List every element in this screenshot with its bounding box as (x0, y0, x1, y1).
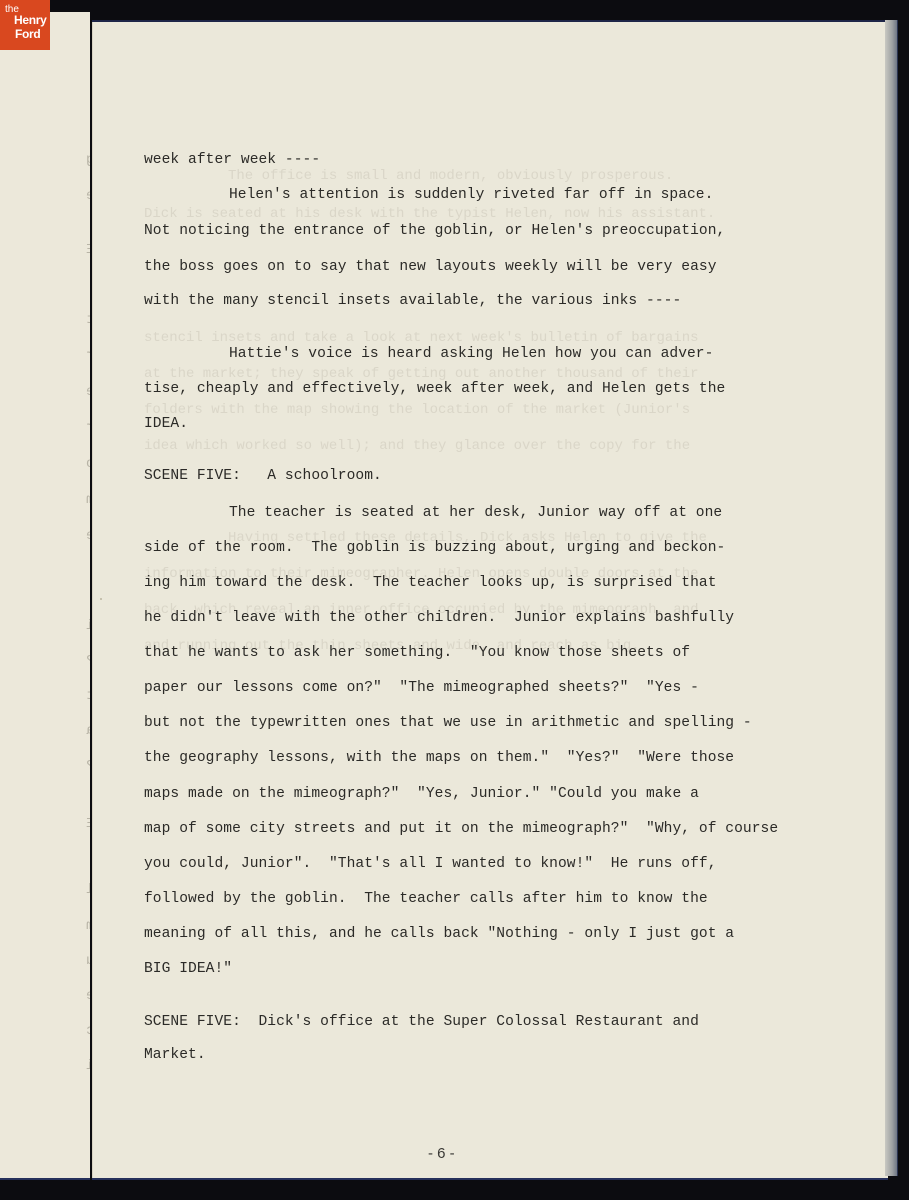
mirrored-text-fragment: colou (86, 953, 90, 969)
text-line: the geography lessons, with the maps on … (144, 749, 734, 767)
bleed-through-text: folders with the map showing the locatio… (144, 402, 690, 418)
henry-ford-logo: the Henry Ford (0, 0, 50, 50)
text-line: but not the typewritten ones that we use… (144, 714, 752, 732)
text-line: Hattie's voice is heard asking Helen how… (229, 345, 713, 363)
paper-speck (100, 598, 102, 600)
mirrored-text-fragment: limi (86, 1058, 90, 1074)
mirrored-text-fragment: The g (86, 152, 90, 168)
text-line: IDEA. (144, 415, 188, 433)
text-line: Not noticing the entrance of the goblin,… (144, 222, 725, 240)
text-line: Helen's attention is suddenly riveted fa… (229, 186, 713, 204)
text-line: paper our lessons come on?" "The mimeogr… (144, 679, 699, 697)
text-line: that he wants to ask her something. "You… (144, 644, 690, 662)
mirrored-text-fragment: is c (86, 1023, 90, 1039)
mirrored-text-fragment: The (86, 988, 90, 1004)
mirrored-text-fragment: that (86, 312, 90, 328)
mirrored-text-fragment: order (86, 420, 90, 436)
text-line: with the many stencil insets available, … (144, 292, 681, 310)
mirrored-text-fragment: signe (86, 384, 90, 400)
text-line: you could, Junior". "That's all I wanted… (144, 855, 717, 873)
text-line: meaning of all this, and he calls back "… (144, 925, 734, 943)
bleed-through-text: idea which worked so well); and they gla… (144, 438, 690, 454)
mirrored-text-fragment: about (86, 688, 90, 704)
scene-heading: SCENE FIVE: A schoolroom. (144, 467, 382, 485)
bleed-through-text: The office is small and modern, obviousl… (228, 168, 673, 184)
mirrored-text-fragment: SCENE (86, 242, 90, 258)
bleed-through-text: Dick is seated at his desk with the typi… (144, 206, 715, 222)
logo-text-henry: Henry (14, 14, 47, 26)
text-line: side of the room. The goblin is buzzing … (144, 539, 725, 557)
text-line: Market. (144, 1046, 206, 1064)
text-line: the boss goes on to say that new layouts… (144, 258, 717, 276)
text-line: week after week ---- (144, 151, 320, 169)
mirrored-text-fragment: SCENE (86, 816, 90, 832)
mirrored-text-fragment: Hatti (86, 618, 90, 634)
mirrored-text-fragment: mail (86, 882, 90, 898)
text-line: tise, cheaply and effectively, week afte… (144, 380, 725, 398)
text-line: BIG IDEA!" (144, 960, 232, 978)
logo-text-ford: Ford (15, 28, 40, 40)
mirrored-text-fragment: of m (86, 918, 90, 934)
text-line: map of some city streets and put it on t… (144, 820, 778, 838)
text-line: maps made on the mimeograph?" "Yes, Juni… (144, 785, 699, 803)
bleed-through-text: stencil insets and take a look at next w… (144, 330, 699, 346)
mirrored-text-fragment: the m (86, 492, 90, 508)
mirrored-text-fragment: run o (86, 456, 90, 472)
page-number: - 6 - (428, 1145, 455, 1162)
text-line: The teacher is seated at her desk, Junio… (229, 504, 722, 522)
scene-heading: SCENE FIVE: Dick's office at the Super C… (144, 1013, 699, 1031)
text-line: followed by the goblin. The teacher call… (144, 890, 708, 908)
mirrored-text-fragment: 111? (86, 758, 90, 774)
mirrored-text-fragment: a per (86, 348, 90, 364)
mirrored-text-fragment: I've (86, 188, 90, 204)
mirrored-text-fragment: day? (86, 653, 90, 669)
text-line: he didn't leave with the other children.… (144, 609, 734, 627)
page-edge-shadow (885, 20, 898, 1176)
text-line: ing him toward the desk. The teacher loo… (144, 574, 717, 592)
facing-page-left: The g I've SCENE that a per signe order … (0, 12, 90, 1180)
mirrored-text-fragment: For a (86, 723, 90, 739)
mirrored-text-fragment: souve (86, 528, 90, 544)
